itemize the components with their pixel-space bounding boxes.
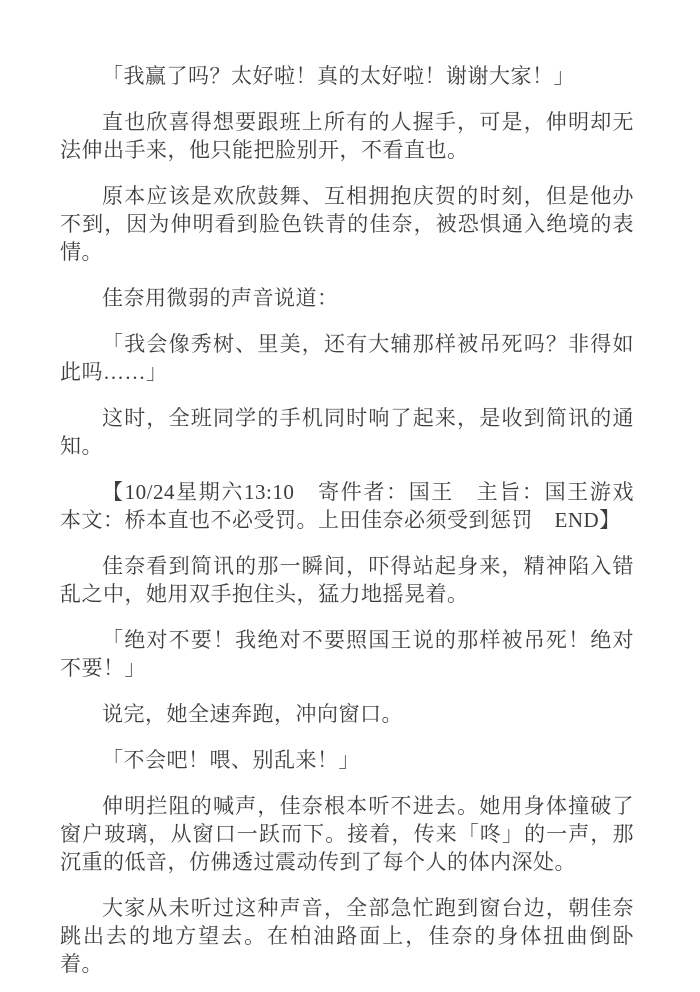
narration-paragraph: 大家从未听过这种声音，全部急忙跑到窗台边，朝佳奈跳出去的地方望去。在柏油路面上，… [60,894,634,978]
text-block: 「我赢了吗？太好啦！真的太好啦！谢谢大家！」 直也欣喜得想要跟班上所有的人握手，… [60,62,634,978]
narration-paragraph: 原本应该是欢欣鼓舞、互相拥抱庆贺的时刻，但是他办不到，因为伸明看到脸色铁青的佳奈… [60,182,634,266]
narration-paragraph: 直也欣喜得想要跟班上所有的人握手，可是，伸明却无法伸出手来，他只能把脸别开，不看… [60,108,634,164]
novel-page: 「我赢了吗？太好啦！真的太好啦！谢谢大家！」 直也欣喜得想要跟班上所有的人握手，… [0,0,700,992]
dialogue-paragraph: 「不会吧！喂、别乱来！」 [60,746,634,774]
narration-paragraph: 伸明拦阻的喊声，佳奈根本听不进去。她用身体撞破了窗户玻璃，从窗口一跃而下。接着，… [60,792,634,876]
dialogue-paragraph: 「绝对不要！我绝对不要照国王说的那样被吊死！绝对不要！」 [60,626,634,682]
narration-paragraph: 这时，全班同学的手机同时响了起来，是收到简讯的通知。 [60,404,634,460]
king-sms-paragraph: 【10/24星期六13:10 寄件者：国王 主旨：国王游戏 本文：桥本直也不必受… [60,478,634,534]
narration-paragraph: 佳奈用微弱的声音说道： [60,284,634,312]
dialogue-paragraph: 「我会像秀树、里美，还有大辅那样被吊死吗？非得如此吗……」 [60,330,634,386]
narration-paragraph: 佳奈看到简讯的那一瞬间，吓得站起身来，精神陷入错乱之中，她用双手抱住头，猛力地摇… [60,552,634,608]
dialogue-paragraph: 「我赢了吗？太好啦！真的太好啦！谢谢大家！」 [60,62,634,90]
narration-paragraph: 说完，她全速奔跑，冲向窗口。 [60,700,634,728]
